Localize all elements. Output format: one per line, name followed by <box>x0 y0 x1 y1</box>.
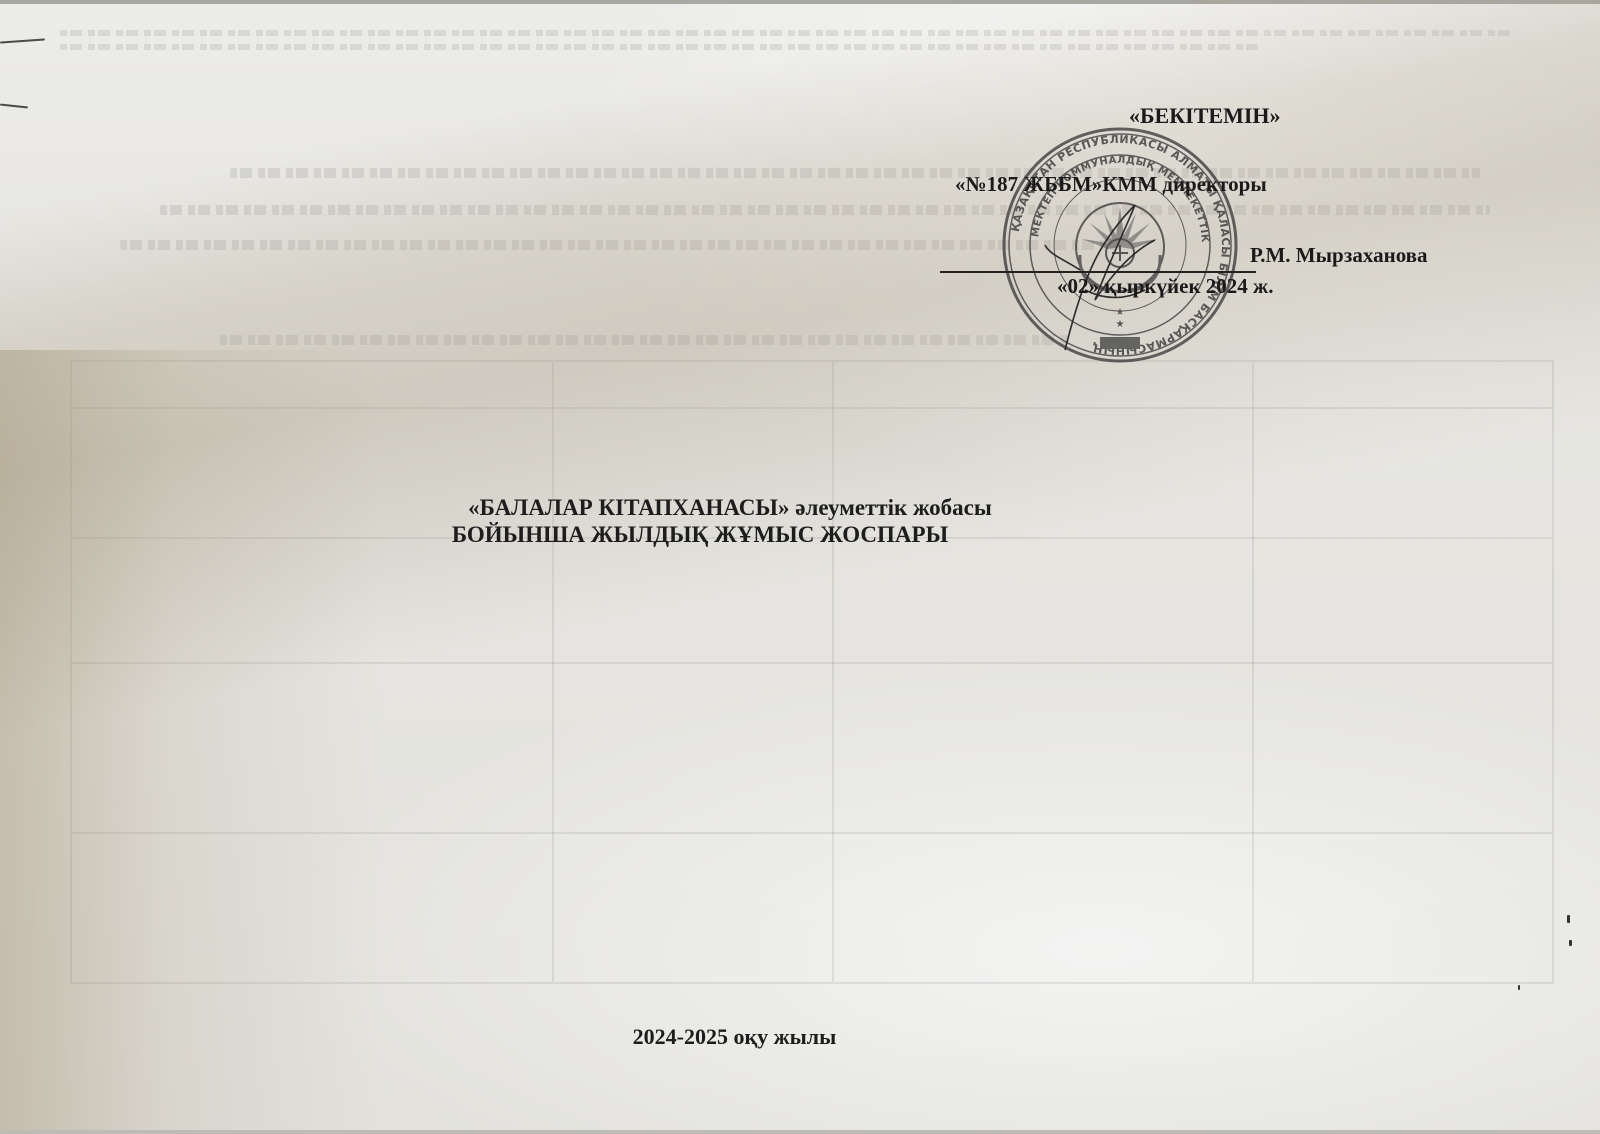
paper-top-edge <box>0 0 1600 4</box>
bleed-through-text <box>0 0 1600 350</box>
pen-mark <box>0 38 45 43</box>
speck <box>1518 985 1520 990</box>
academic-year: 2024-2025 оқу жылы <box>0 1024 1469 1050</box>
paper-bottom-edge <box>0 1130 1600 1134</box>
speck <box>1569 940 1572 946</box>
title-line-1: «БАЛАЛАР КІТАПХАНАСЫ» әлеуметтік жобасы <box>0 494 1460 521</box>
bleed-through-table <box>70 360 1554 984</box>
title-line-2: БОЙЫНША ЖЫЛДЫҚ ЖҰМЫС ЖОСПАРЫ <box>0 521 1460 548</box>
director-position: «№187 ЖББМ»КММ директоры <box>955 172 1267 197</box>
approval-date: «02» қыркүйек 2024 ж. <box>1057 274 1274 299</box>
signature-line <box>940 271 1256 273</box>
project-name: «БАЛАЛАР КІТАПХАНАСЫ» <box>468 495 789 520</box>
signatory-name: Р.М. Мырзаханова <box>1250 243 1428 268</box>
speck <box>1567 915 1570 923</box>
approval-heading: «БЕКІТЕМІН» <box>1129 103 1281 129</box>
pen-mark <box>0 104 28 109</box>
title-line-1-rest: әлеуметтік жобасы <box>790 495 992 520</box>
document-page: ҚАЗАҚСТАН РЕСПУБЛИКАСЫ АЛМАТЫ ҚАЛАСЫ БІЛ… <box>0 0 1600 1134</box>
document-title: «БАЛАЛАР КІТАПХАНАСЫ» әлеуметтік жобасы … <box>0 494 1460 548</box>
